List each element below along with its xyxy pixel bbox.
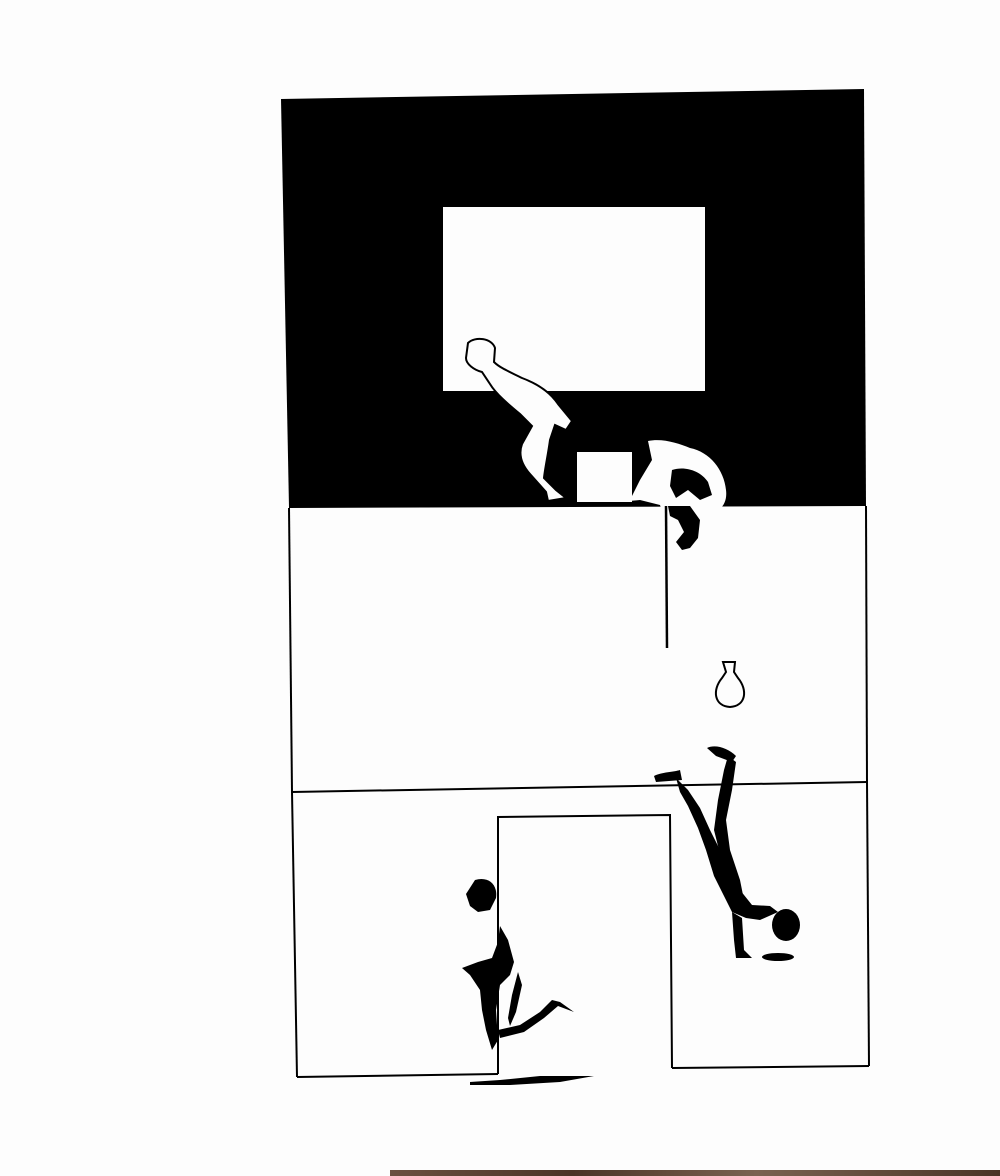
light-bulb [716, 662, 744, 707]
doorway [498, 815, 672, 1074]
artwork-page [0, 0, 1000, 1176]
running-figure-shadow [470, 1076, 594, 1085]
handstand-figure-head [772, 909, 800, 941]
artwork-canvas [0, 0, 1000, 1176]
bottom-border-right [672, 1066, 869, 1068]
handstand-figure-foot-2 [654, 770, 682, 782]
handstand-figure-shadow [762, 953, 794, 961]
middle-right-border [866, 506, 867, 782]
bottom-left-border [292, 792, 297, 1077]
handstand-figure-arms [732, 912, 752, 958]
running-figure-arm [508, 972, 522, 1026]
bottom-border-left [297, 1074, 498, 1077]
bottom-right-border [867, 782, 869, 1066]
panel-divider [292, 782, 867, 792]
running-figure-head [466, 879, 496, 912]
hanging-line [666, 506, 667, 648]
paper-edge [390, 1170, 1000, 1176]
box [577, 452, 632, 502]
middle-left-border [289, 508, 292, 792]
handstand-figure-foot-1 [707, 746, 736, 762]
